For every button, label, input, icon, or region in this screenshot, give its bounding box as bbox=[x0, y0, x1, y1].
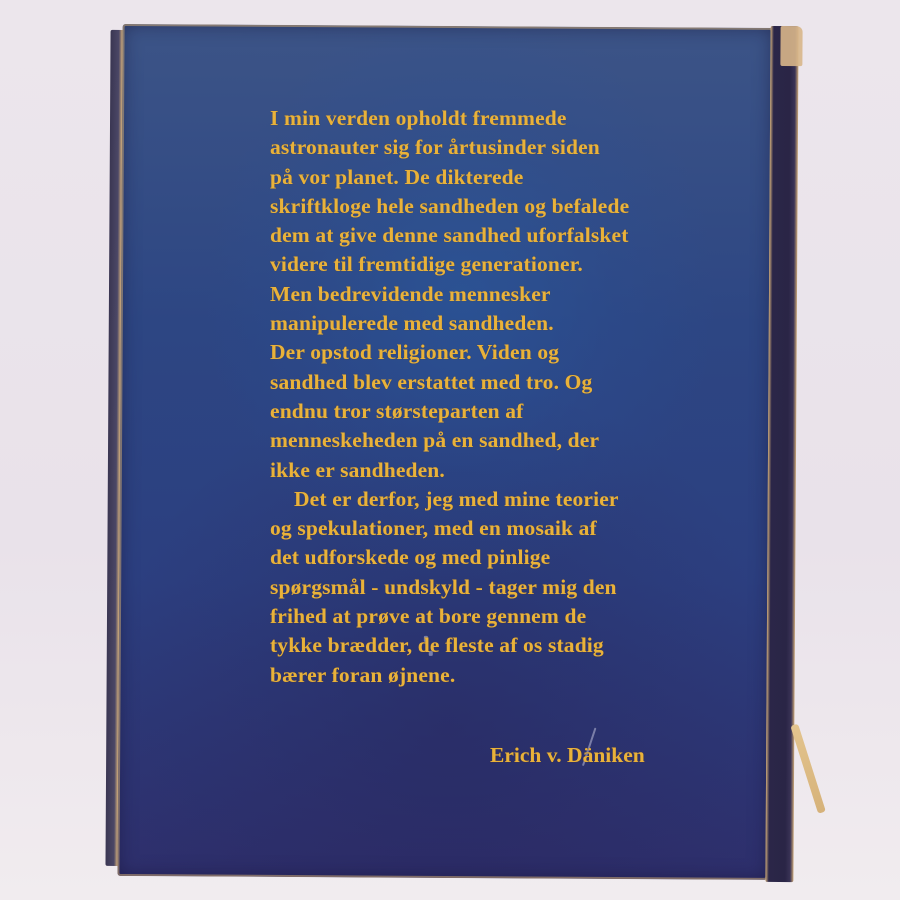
blurb-line: tykke brædder, de fleste af os stadig bbox=[270, 631, 710, 660]
author-signature: Erich v. Däniken bbox=[490, 741, 645, 770]
bookmark-ribbon bbox=[790, 724, 826, 814]
blurb-line: Det er derfor, jeg med mine teorier bbox=[270, 485, 710, 514]
blurb-line: frihed at prøve at bore gennem de bbox=[270, 602, 710, 631]
blurb-line: bærer foran øjnene. bbox=[270, 661, 710, 690]
blurb-line: manipulerede med sandheden. bbox=[270, 309, 710, 338]
torn-corner bbox=[780, 26, 802, 66]
blurb-line: det udforskede og med pinlige bbox=[270, 543, 710, 572]
blurb-line: og spekulationer, med en mosaik af bbox=[270, 514, 710, 543]
blurb-line: skriftkloge hele sandheden og befalede bbox=[270, 192, 710, 221]
blurb-line: ikke er sandheden. bbox=[270, 456, 710, 485]
blurb-line: endnu tror størsteparten af bbox=[270, 397, 710, 426]
blurb-line: sandhed blev erstattet med tro. Og bbox=[270, 368, 710, 397]
blurb-line: Men bedrevidende mennesker bbox=[270, 280, 710, 309]
blurb-line: menneskeheden på en sandhed, der bbox=[270, 426, 710, 455]
blurb-line: spørgsmål - undskyld - tager mig den bbox=[270, 573, 710, 602]
blurb-line: videre til fremtidige generationer. bbox=[270, 250, 710, 279]
blurb-line: Der opstod religioner. Viden og bbox=[270, 338, 710, 367]
blurb-line: dem at give denne sandhed uforfalsket bbox=[270, 221, 710, 250]
blurb-line: I min verden opholdt fremmede bbox=[270, 104, 710, 133]
blurb-line: på vor planet. De dikterede bbox=[270, 163, 710, 192]
book-spine bbox=[765, 26, 798, 882]
blurb-line: astronauter sig for årtusinder siden bbox=[270, 133, 710, 162]
blurb-text: I min verden opholdt fremmede astronaute… bbox=[270, 104, 710, 690]
